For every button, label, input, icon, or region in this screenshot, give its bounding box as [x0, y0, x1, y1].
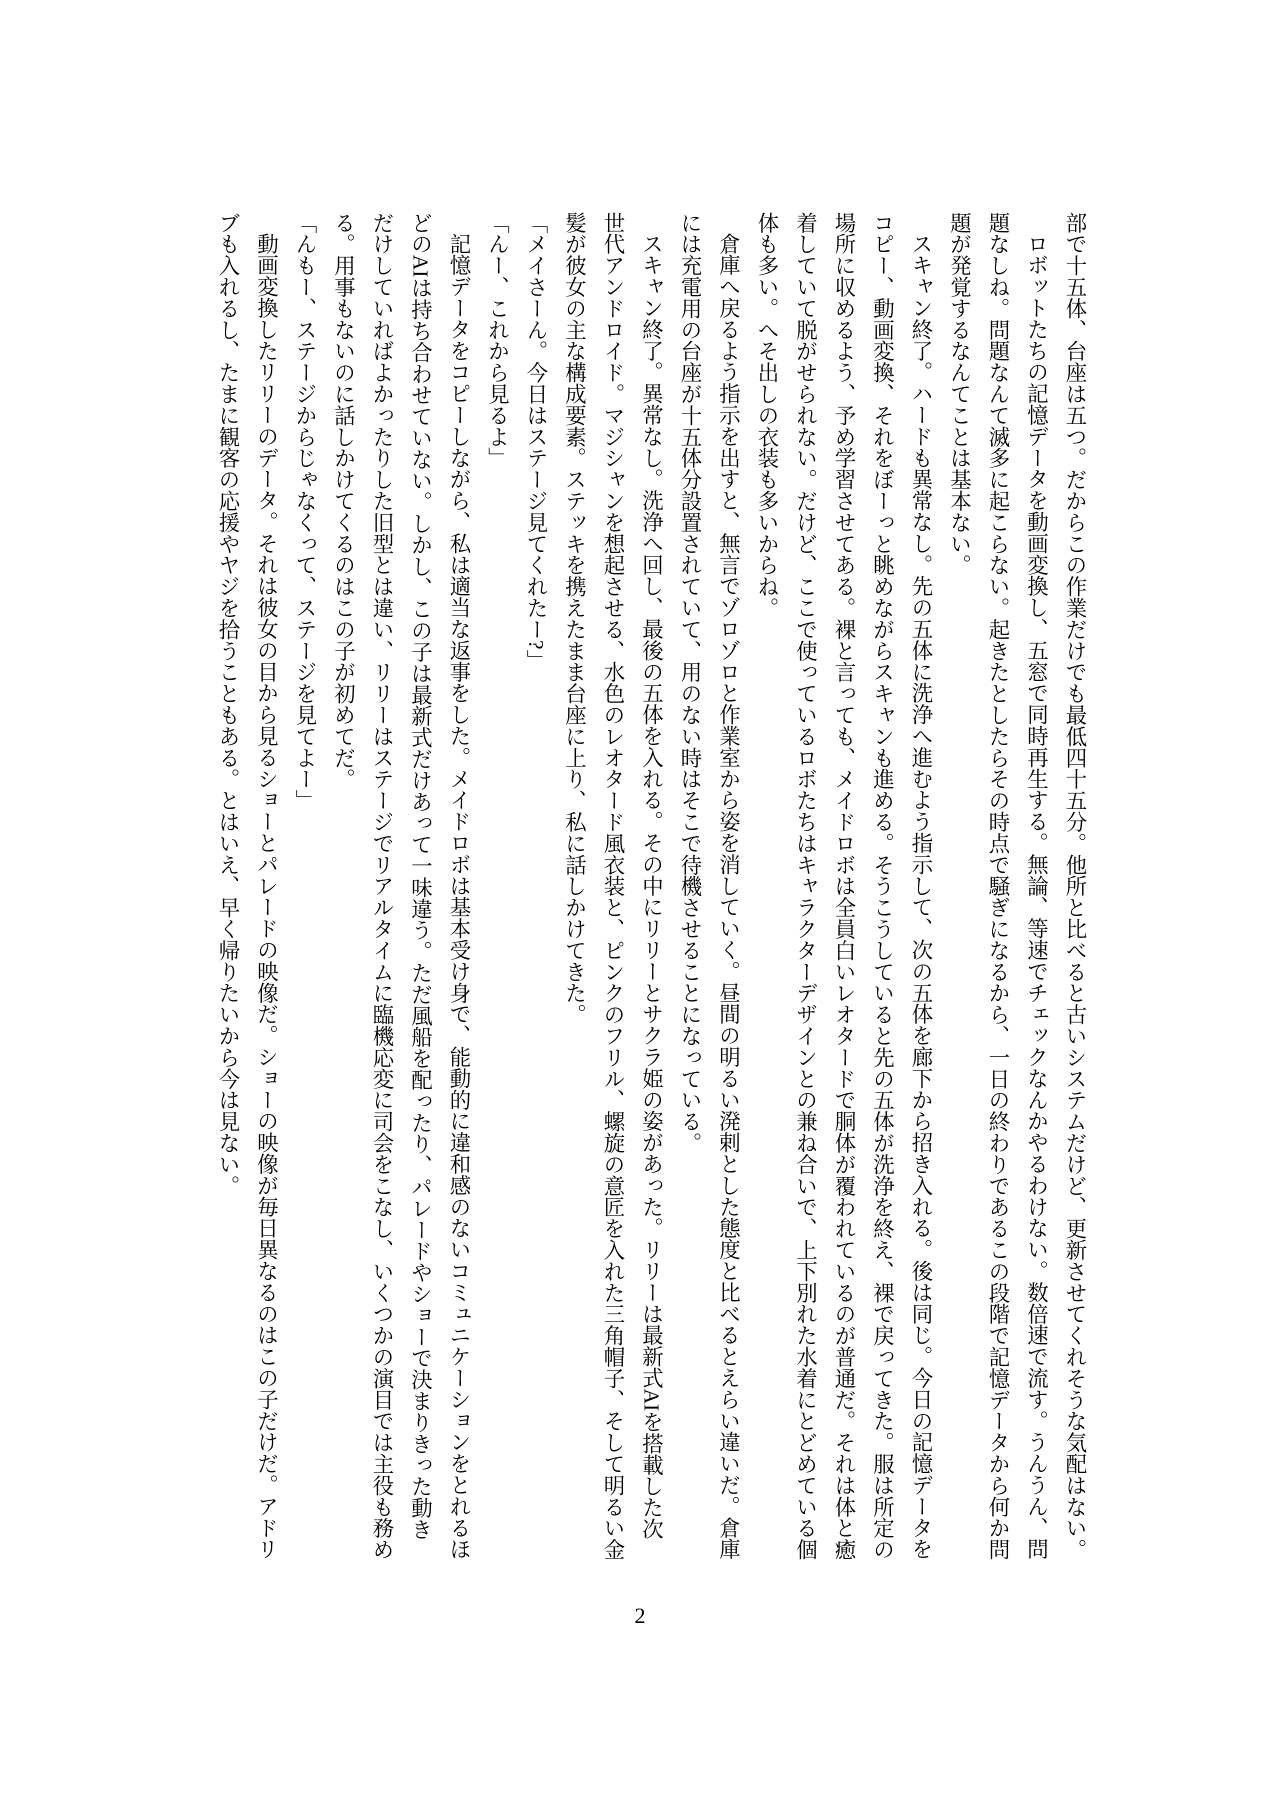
text-line: スキャン終了。異常なし。洗浄へ回し、最後の五体を入れる。その中にリリーとサクラ姫… [632, 212, 671, 1562]
text-line: 世代アンドロイド。マジシャンを想起させる、水色のレオタード風衣装と、ピンクのフリ… [594, 212, 633, 1562]
page-number: 2 [0, 1603, 1280, 1629]
text-line: 着していて脱がせられない。だけど、ここで使っているロボたちはキャラクターデザイン… [786, 212, 825, 1562]
text-line: ロボットたちの記憶データを動画変換し、五窓で同時再生する。無論、等速でチェックな… [1017, 212, 1056, 1562]
novel-page: 部で十五体、台座は五つ。だからこの作業だけでも最低四十五分。他所と比べると古いシ… [0, 0, 1280, 1810]
text-line: 倉庫へ戻るよう指示を出すと、無言でゾロゾロと作業室から姿を消していく。昼間の明る… [709, 212, 748, 1562]
text-line: 動画変換したリリーのデータ。それは彼女の目から見るショーとパレードの映像だ。ショ… [247, 212, 286, 1562]
text-line: 部で十五体、台座は五つ。だからこの作業だけでも最低四十五分。他所と比べると古いシ… [1056, 212, 1095, 1562]
text-line: る。用事もないのに話しかけてくるのはこの子が初めてだ。 [324, 212, 363, 1562]
text-line: 場所に収めるよう、予め学習させてある。裸と言っても、メイドロボは全員白いレオター… [825, 212, 864, 1562]
text-line: 「んもー、ステージからじゃなくって、ステージを見てよー」 [286, 212, 325, 1562]
text-line: 髪が彼女の主な構成要素。ステッキを携えたまま台座に上り、私に話しかけてきた。 [555, 212, 594, 1562]
text-line: には充電用の台座が十五体分設置されていて、用のない時はそこで待機させることになっ… [671, 212, 710, 1562]
text-line: 「んー、これから見るよ」 [478, 212, 517, 1562]
text-line: 体も多い。へそ出しの衣装も多いからね。 [748, 212, 787, 1562]
text-line: 記憶データをコピーしながら、私は適当な返事をした。メイドロボは基本受け身で、能動… [440, 212, 479, 1562]
text-line: スキャン終了。ハードも異常なし。先の五体に洗浄へ進むよう指示して、次の五体を廊下… [902, 212, 941, 1562]
text-line: ブも入れるし、たまに観客の応援やヤジを拾うこともある。とはいえ、早く帰りたいから… [209, 212, 248, 1562]
text-line: 題なしね。問題なんて滅多に起こらない。起きたとしたらその時点で騒ぎになるから、一… [979, 212, 1018, 1562]
text-line: 題が発覚するなんてことは基本ない。 [940, 212, 979, 1562]
text-line: どのAIは持ち合わせていない。しかし、この子は最新式だけあって一味違う。ただ風船… [401, 212, 440, 1562]
text-line: だけしていればよかったりした旧型とは違い、リリーはステージでリアルタイムに臨機応… [363, 212, 402, 1562]
body-text: 部で十五体、台座は五つ。だからこの作業だけでも最低四十五分。他所と比べると古いシ… [209, 212, 1095, 1562]
text-line: 「メイさーん。今日はステージ見てくれたー?」 [517, 212, 556, 1562]
text-line: コピー、動画変換、それをぼーっと眺めながらスキャンも進める。そうこうしていると先… [863, 212, 902, 1562]
